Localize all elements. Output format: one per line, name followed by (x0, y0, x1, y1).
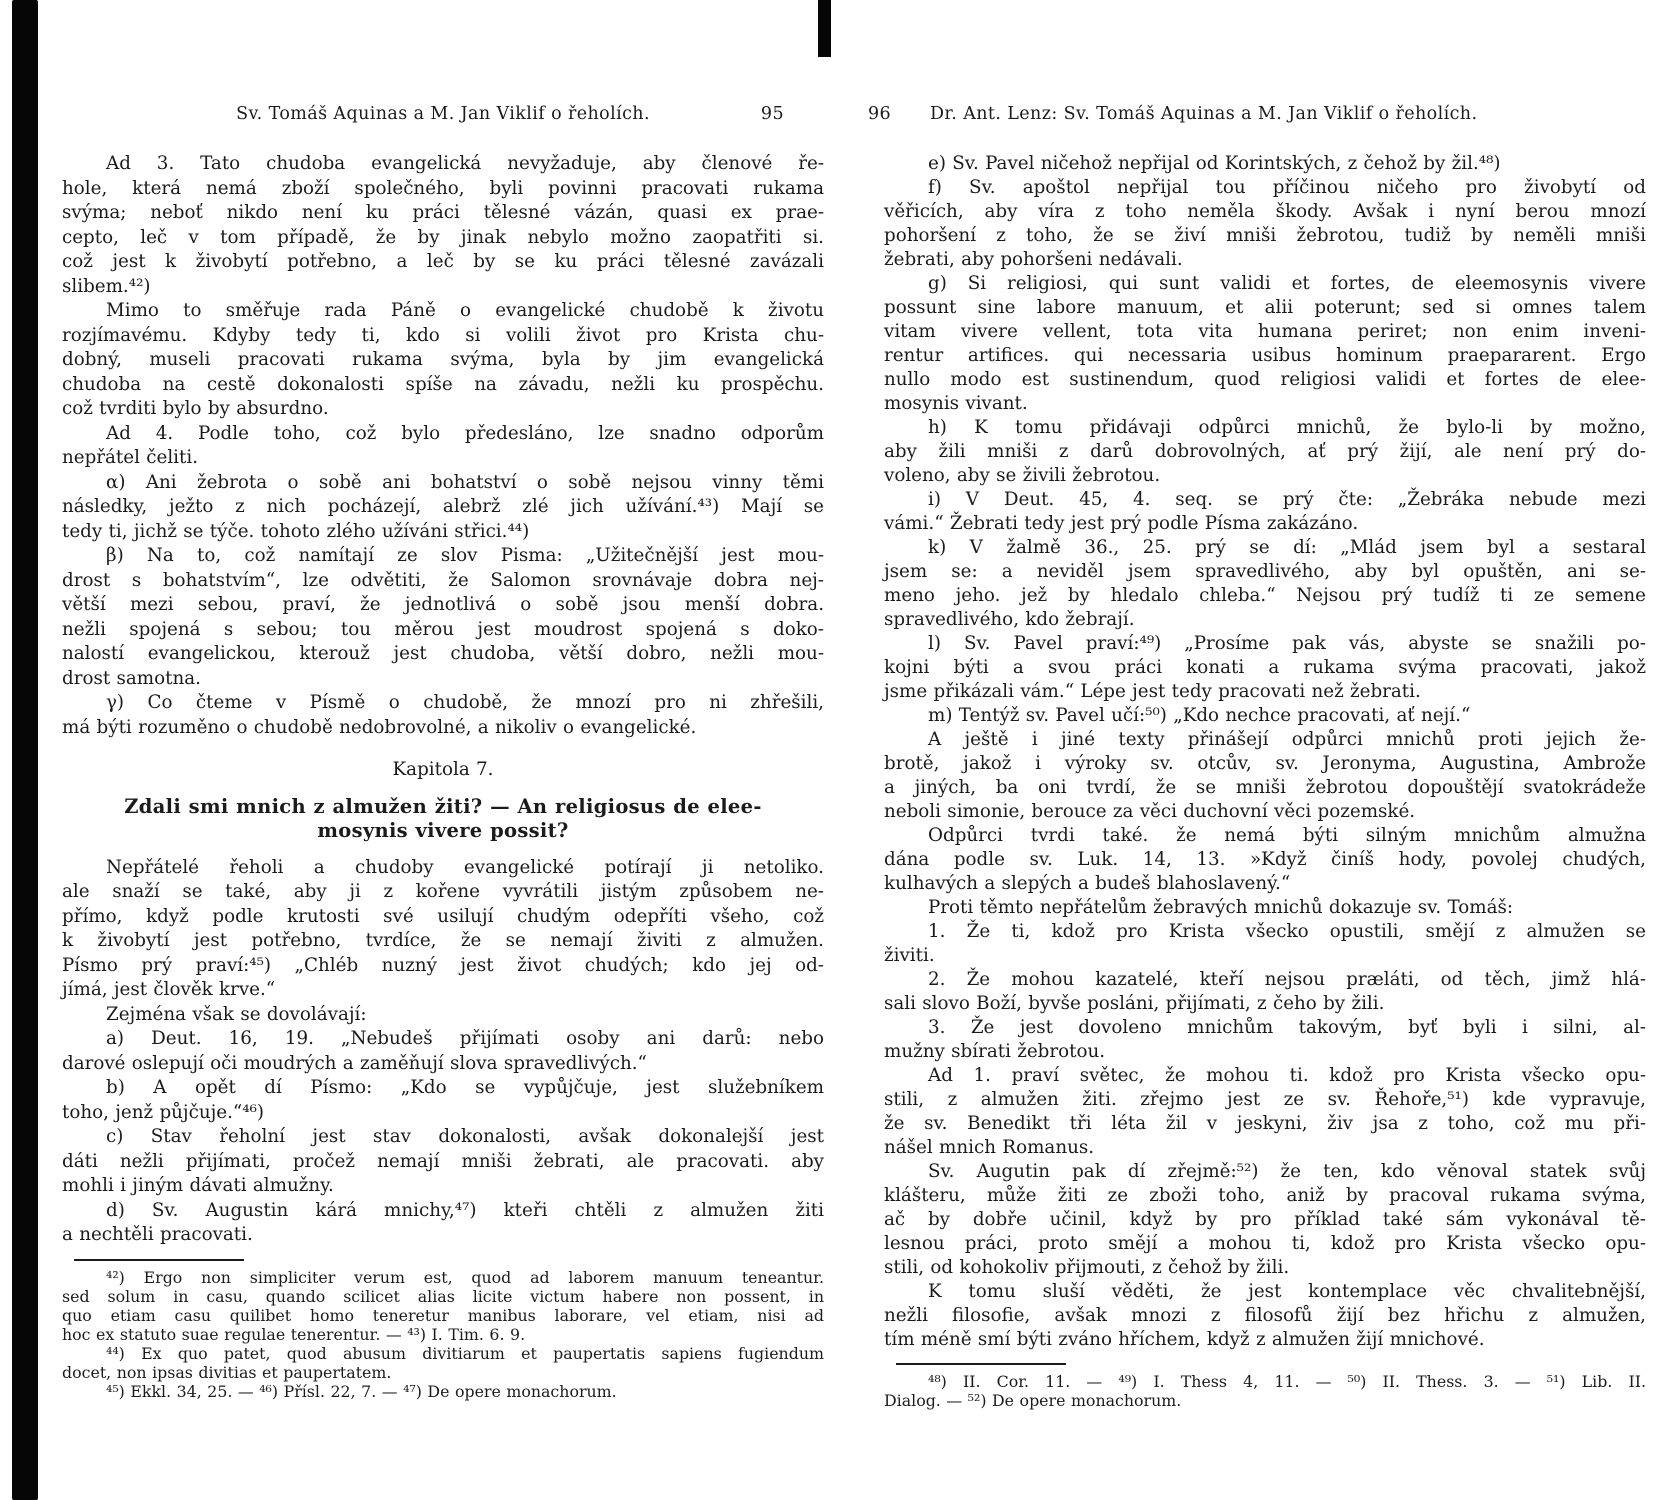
running-title: Dr. Ant. Lenz: Sv. Tomáš Aquinas a M. Ja… (930, 104, 1477, 124)
text-line: Ad 4. Podle toho, což bylo předesláno, l… (62, 422, 824, 447)
text-line: mužny sbírati žebrotou. (884, 1040, 1646, 1064)
chapter-title: Zdali smi mnich z almužen žiti? — An rel… (62, 795, 824, 820)
footnote-line: docet, non ipsas divitias et paupertatem… (62, 1363, 824, 1382)
page-body-right: e) Sv. Pavel ničehož nepřijal od Korints… (884, 152, 1646, 1410)
text-line: Písmo prý praví:⁴⁵) „Chléb nuzný jest ži… (62, 954, 824, 979)
text-line: aby žili mniši z darů dobrovolných, ať p… (884, 440, 1646, 464)
text-line: A ještě i jiné texty přinášejí odpůrci m… (884, 728, 1646, 752)
page-number: 95 (761, 104, 784, 124)
text-line: vitam vivere vellent, tota vita humana p… (884, 320, 1646, 344)
footnote-line: ⁴⁸) II. Cor. 11. — ⁴⁹) I. Thess 4, 11. —… (884, 1372, 1646, 1391)
text-line: tím méně smí býti zváno hříchem, když z … (884, 1328, 1646, 1352)
text-line: Sv. Augutin pak dí zřejmě:⁵²) že ten, kd… (884, 1160, 1646, 1184)
text-line: věřicích, aby víra z toho neměla škody. … (884, 200, 1646, 224)
text-line: jsem se: a neviděl jsem spravedlivého, a… (884, 560, 1646, 584)
footnote-line: ⁴⁴) Ex quo patet, quod abusum divitiarum… (62, 1344, 824, 1363)
page-95: Sv. Tomáš Aquinas a M. Jan Viklif o řeho… (62, 104, 824, 1401)
text-line: c) Stav řeholní jest stav dokonalosti, a… (62, 1125, 824, 1150)
book-scan-spread: Sv. Tomáš Aquinas a M. Jan Viklif o řeho… (0, 0, 1660, 1500)
text-line: dobný, museli pracovati rukama svýma, by… (62, 348, 824, 373)
text-line: k) V žalmě 36., 25. prý se dí: „Mlád jse… (884, 536, 1646, 560)
text-line: slibem.⁴²) (62, 275, 824, 300)
chapter-title: mosynis vivere possit? (62, 819, 824, 844)
footnote-line: ⁴²) Ergo non simpliciter verum est, quod… (62, 1268, 824, 1287)
text-line: stili, od kohokoliv přijmouti, z čehož b… (884, 1256, 1646, 1280)
running-title: Sv. Tomáš Aquinas a M. Jan Viklif o řeho… (236, 104, 650, 124)
text-line: a) Deut. 16, 19. „Nebudeš přijímati osob… (62, 1027, 824, 1052)
text-line: což tvrditi bylo by absurdno. (62, 397, 824, 422)
text-line: Ad 3. Tato chudoba evangelická nevyžaduj… (62, 152, 824, 177)
text-line: živiti. (884, 944, 1646, 968)
text-line: pohoršení z toho, že se živí mniši žebro… (884, 224, 1646, 248)
text-line: possunt sine labore manuum, et alii pote… (884, 296, 1646, 320)
text-line: tedy ti, jichž se týče. tohoto zlého uží… (62, 520, 824, 545)
text-line: dána podle sv. Luk. 14, 13. »Když činíš … (884, 848, 1646, 872)
footnote-line: hoc ex statuto suae regulae tenerentur. … (62, 1325, 824, 1344)
text-line: rozjímavému. Kdyby tedy ti, kdo si volil… (62, 324, 824, 349)
scan-gutter-bar (12, 0, 38, 1500)
text-line: drost samotna. (62, 667, 824, 692)
text-line: meno jeho. jež by hledalo chleba.“ Nejso… (884, 584, 1646, 608)
text-line: sali slovo Boží, byvše posláni, přijímat… (884, 992, 1646, 1016)
text-line: nežli filosofie, avšak mnozi z filosofů … (884, 1304, 1646, 1328)
text-line: voleno, aby se živili žebrotou. (884, 464, 1646, 488)
text-line: a jiných, ba oni tvrdí, že se mniši žebr… (884, 776, 1646, 800)
text-line: mosynis vivant. (884, 392, 1646, 416)
scan-edge-mark (818, 0, 831, 57)
text-line: 3. Že jest dovoleno mnichům takovým, byť… (884, 1016, 1646, 1040)
text-line: e) Sv. Pavel ničehož nepřijal od Korints… (884, 152, 1646, 176)
text-line: γ) Co čteme v Písmě o chudobě, že mnozí … (62, 691, 824, 716)
text-line: nullo modo est sustinendum, quod religio… (884, 368, 1646, 392)
text-line: jsme přikázali vám.“ Lépe jest tedy prac… (884, 680, 1646, 704)
text-line: chudoba na cestě dokonalosti spíše na zá… (62, 373, 824, 398)
text-line: hole, která nemá zboží společného, byli … (62, 177, 824, 202)
text-line: větší mezi sebou, praví, že jednotlivá o… (62, 593, 824, 618)
text-line: drost s bohatstvím“, lze odvětiti, že Sa… (62, 569, 824, 594)
text-line: d) Sv. Augustin kárá mnichy,⁴⁷) kteři ch… (62, 1199, 824, 1224)
chapter-number: Kapitola 7. (62, 758, 824, 783)
text-line: Odpůrci tvrdi také. že nemá býti silným … (884, 824, 1646, 848)
page-number: 96 (868, 104, 891, 124)
text-line: 2. Že mohou kazatelé, kteří nejsou prælá… (884, 968, 1646, 992)
text-line: g) Si religiosi, qui sunt validi et fort… (884, 272, 1646, 296)
footnote-line: ⁴⁵) Ekkl. 34, 25. — ⁴⁶) Přísl. 22, 7. — … (62, 1382, 824, 1401)
text-line: Zejména však se dovolávají: (62, 1003, 824, 1028)
text-line: m) Tentýž sv. Pavel učí:⁵⁰) „Kdo nechce … (884, 704, 1646, 728)
text-line: nášel mnich Romanus. (884, 1136, 1646, 1160)
page-body-left: Ad 3. Tato chudoba evangelická nevyžaduj… (62, 152, 824, 1401)
page-96: 96 Dr. Ant. Lenz: Sv. Tomáš Aquinas a M.… (884, 104, 1646, 1410)
text-line: ale snaží se také, aby ji z kořene vyvrá… (62, 880, 824, 905)
text-line: Ad 1. praví světec, že mohou ti. kdož pr… (884, 1064, 1646, 1088)
footnote-line: quo etiam casu quilibet homo teneretur m… (62, 1306, 824, 1325)
running-header-left: Sv. Tomáš Aquinas a M. Jan Viklif o řeho… (62, 104, 824, 128)
text-line: nalostí evangelickou, kterouž jest chudo… (62, 642, 824, 667)
text-line: mohli i jiným dávati almužny. (62, 1174, 824, 1199)
text-line: i) V Deut. 45, 4. seq. se prý čte: „Žebr… (884, 488, 1646, 512)
footnote-separator (896, 1363, 1066, 1365)
text-line: nepřátel čeliti. (62, 446, 824, 471)
text-line: stili, z almužen žiti. zřejmo jest ze sv… (884, 1088, 1646, 1112)
text-line: β) Na to, což namítají ze slov Pisma: „U… (62, 544, 824, 569)
text-line: k živobytí jest potřebno, tvrdíce, že se… (62, 929, 824, 954)
text-line: svýma; neboť nikdo není ku práci tělesné… (62, 201, 824, 226)
text-line: h) K tomu přidávaji odpůrci mnichů, že b… (884, 416, 1646, 440)
footnote-separator (74, 1259, 244, 1261)
footnote-line: Dialog. — ⁵²) De opere monachorum. (884, 1391, 1646, 1410)
text-line: cepto, leč v tom případě, že by jinak ne… (62, 226, 824, 251)
text-line: žebrati, aby pohoršeni nedávali. (884, 248, 1646, 272)
text-line: přímo, když podle krutosti své usilují c… (62, 905, 824, 930)
text-line: f) Sv. apoštol nepřijal tou příčinou nič… (884, 176, 1646, 200)
text-line: má býti rozuměno o chudobě nedobrovolné,… (62, 716, 824, 741)
footnote-line: sed solum in casu, quando scilicet alias… (62, 1287, 824, 1306)
text-line: l) Sv. Pavel praví:⁴⁹) „Prosíme pak vás,… (884, 632, 1646, 656)
text-line: vámi.“ Žebrati tedy jest prý podle Písma… (884, 512, 1646, 536)
text-line: jímá, jest člověk krve.“ (62, 978, 824, 1003)
text-line: b) A opět dí Písmo: „Kdo se vypůjčuje, j… (62, 1076, 824, 1101)
text-line: 1. Že ti, kdož pro Krista všecko opustil… (884, 920, 1646, 944)
text-line: ač by dobře učinil, když by pro příklad … (884, 1208, 1646, 1232)
text-line: následky, ježto z nich pocházejí, alebrž… (62, 495, 824, 520)
text-line: brotě, jakož i výroky sv. otcův, sv. Jer… (884, 752, 1646, 776)
text-line: lesnou práci, proto smějí a mohou ti, kd… (884, 1232, 1646, 1256)
text-line: rentur artifices. qui necessaria usibus … (884, 344, 1646, 368)
text-line: Proti těmto nepřátelům žebravých mnichů … (884, 896, 1646, 920)
text-line: toho, jenž půjčuje.“⁴⁶) (62, 1101, 824, 1126)
text-line: Mimo to směřuje rada Páně o evangelické … (62, 299, 824, 324)
text-line: Nepřátelé řeholi a chudoby evangelické p… (62, 856, 824, 881)
text-line: že sv. Benedikt tři léta žil v jeskyni, … (884, 1112, 1646, 1136)
text-line: kojni býti a svou práci konati a rukama … (884, 656, 1646, 680)
text-line: dáti nežli přijímati, pročež nemají mniš… (62, 1150, 824, 1175)
text-line: neboli simonie, berouce za věci duchovní… (884, 800, 1646, 824)
text-line: nežli spojená s sebou; tou měrou jest mo… (62, 618, 824, 643)
text-line: K tomu sluší věděti, že jest kontemplace… (884, 1280, 1646, 1304)
text-line: spravedlivého, kdo žebrají. (884, 608, 1646, 632)
text-line: a nechtěli pracovati. (62, 1223, 824, 1248)
text-line: darové oslepují oči moudrých a zaměňují … (62, 1052, 824, 1077)
text-line: klášteru, může žiti ze zboži toho, aniž … (884, 1184, 1646, 1208)
text-line: což jest k živobytí potřebno, a leč by s… (62, 250, 824, 275)
text-line: kulhavých a slepých a budeš blahoslavený… (884, 872, 1646, 896)
text-line: α) Ani žebrota o sobě ani bohatství o so… (62, 471, 824, 496)
running-header-right: 96 Dr. Ant. Lenz: Sv. Tomáš Aquinas a M.… (884, 104, 1646, 128)
